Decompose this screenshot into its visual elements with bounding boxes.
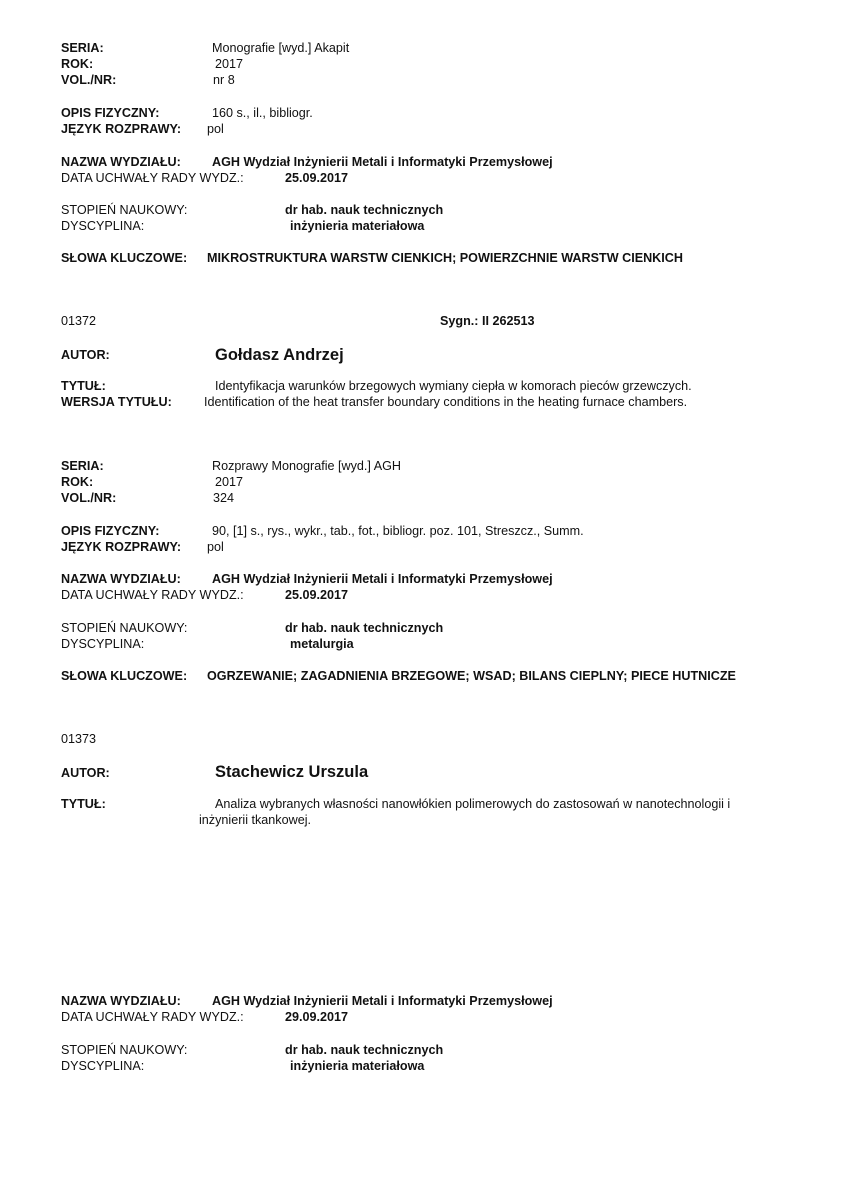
resolution-date-value: 25.09.2017 bbox=[285, 171, 348, 186]
series-label: SERIA: bbox=[61, 41, 104, 56]
year-label: ROK: bbox=[61, 57, 93, 72]
resolution-date-label: DATA UCHWAŁY RADY WYDZ.: bbox=[61, 1010, 244, 1025]
faculty-value: AGH Wydział Inżynierii Metali i Informat… bbox=[212, 572, 553, 587]
discipline-label: DYSCYPLINA: bbox=[61, 637, 144, 652]
series-value: Monografie [wyd.] Akapit bbox=[212, 41, 349, 56]
language-label: JĘZYK ROZPRAWY: bbox=[61, 122, 181, 137]
resolution-date-value: 29.09.2017 bbox=[285, 1010, 348, 1025]
resolution-date-label: DATA UCHWAŁY RADY WYDZ.: bbox=[61, 171, 244, 186]
volume-value: 324 bbox=[213, 491, 234, 506]
resolution-date-value: 25.09.2017 bbox=[285, 588, 348, 603]
degree-value: dr hab. nauk technicznych bbox=[285, 203, 443, 218]
keywords-label: SŁOWA KLUCZOWE: bbox=[61, 251, 187, 266]
record-number: 01372 bbox=[61, 314, 96, 329]
title-label: TYTUŁ: bbox=[61, 797, 106, 812]
faculty-label: NAZWA WYDZIAŁU: bbox=[61, 155, 181, 170]
volume-label: VOL./NR: bbox=[61, 73, 116, 88]
year-value: 2017 bbox=[215, 57, 243, 72]
author-value: Gołdasz Andrzej bbox=[215, 345, 344, 365]
physical-description-label: OPIS FIZYCZNY: bbox=[61, 106, 159, 121]
faculty-value: AGH Wydział Inżynierii Metali i Informat… bbox=[212, 994, 553, 1009]
faculty-label: NAZWA WYDZIAŁU: bbox=[61, 994, 181, 1009]
author-value: Stachewicz Urszula bbox=[215, 762, 368, 782]
faculty-value: AGH Wydział Inżynierii Metali i Informat… bbox=[212, 155, 553, 170]
physical-description-value: 160 s., il., bibliogr. bbox=[212, 106, 313, 121]
discipline-label: DYSCYPLINA: bbox=[61, 1059, 144, 1074]
discipline-value: inżynieria materiałowa bbox=[290, 1059, 424, 1074]
degree-label: STOPIEŃ NAUKOWY: bbox=[61, 1043, 187, 1058]
physical-description-label: OPIS FIZYCZNY: bbox=[61, 524, 159, 539]
title-version-value: Identification of the heat transfer boun… bbox=[204, 395, 687, 410]
volume-label: VOL./NR: bbox=[61, 491, 116, 506]
shelfmark: Sygn.: II 262513 bbox=[440, 314, 535, 329]
language-value: pol bbox=[207, 540, 224, 555]
year-label: ROK: bbox=[61, 475, 93, 490]
discipline-value: metalurgia bbox=[290, 637, 354, 652]
keywords-value: MIKROSTRUKTURA WARSTW CIENKICH; POWIERZC… bbox=[207, 251, 683, 266]
degree-label: STOPIEŃ NAUKOWY: bbox=[61, 203, 187, 218]
title-value-line2: inżynierii tkankowej. bbox=[199, 813, 311, 828]
degree-value: dr hab. nauk technicznych bbox=[285, 1043, 443, 1058]
volume-value: nr 8 bbox=[213, 73, 235, 88]
degree-value: dr hab. nauk technicznych bbox=[285, 621, 443, 636]
author-label: AUTOR: bbox=[61, 348, 110, 363]
keywords-value: OGRZEWANIE; ZAGADNIENIA BRZEGOWE; WSAD; … bbox=[207, 669, 736, 684]
title-label: TYTUŁ: bbox=[61, 379, 106, 394]
degree-label: STOPIEŃ NAUKOWY: bbox=[61, 621, 187, 636]
title-version-label: WERSJA TYTUŁU: bbox=[61, 395, 172, 410]
faculty-label: NAZWA WYDZIAŁU: bbox=[61, 572, 181, 587]
title-value: Identyfikacja warunków brzegowych wymian… bbox=[215, 379, 692, 394]
discipline-label: DYSCYPLINA: bbox=[61, 219, 144, 234]
author-label: AUTOR: bbox=[61, 766, 110, 781]
series-value: Rozprawy Monografie [wyd.] AGH bbox=[212, 459, 401, 474]
language-value: pol bbox=[207, 122, 224, 137]
year-value: 2017 bbox=[215, 475, 243, 490]
physical-description-value: 90, [1] s., rys., wykr., tab., fot., bib… bbox=[212, 524, 584, 539]
discipline-value: inżynieria materiałowa bbox=[290, 219, 424, 234]
title-value-line1: Analiza wybranych własności nanowłókien … bbox=[215, 797, 730, 812]
resolution-date-label: DATA UCHWAŁY RADY WYDZ.: bbox=[61, 588, 244, 603]
language-label: JĘZYK ROZPRAWY: bbox=[61, 540, 181, 555]
series-label: SERIA: bbox=[61, 459, 104, 474]
record-number: 01373 bbox=[61, 732, 96, 747]
keywords-label: SŁOWA KLUCZOWE: bbox=[61, 669, 187, 684]
